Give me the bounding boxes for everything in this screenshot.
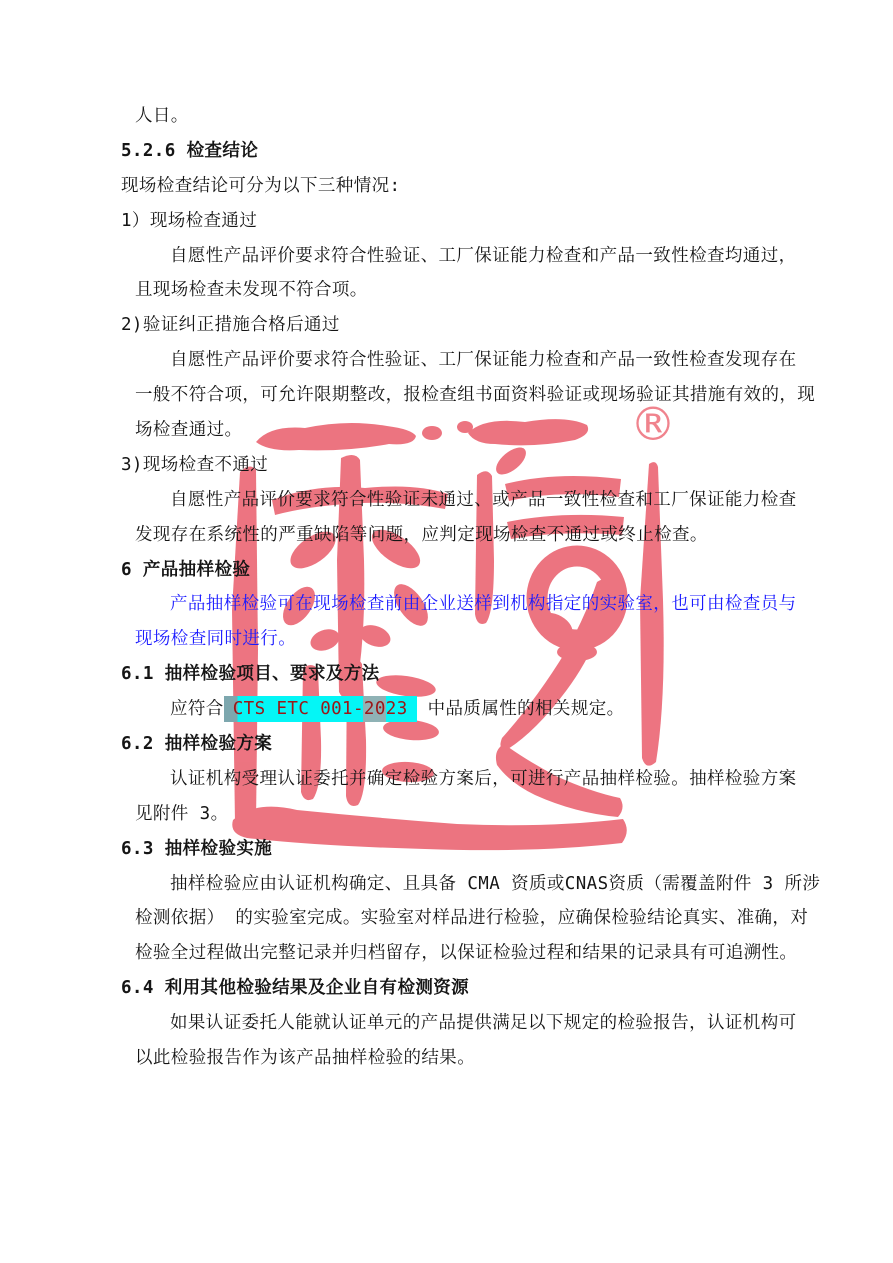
text-segment: 应符合 <box>170 699 224 719</box>
text-line: 发现存在系统性的严重缺陷等问题，应判定现场检查不通过或终止检查。 <box>0 518 893 553</box>
text-line: 场检查通过。 <box>0 413 893 448</box>
text-line: 抽样检验应由认证机构确定、且具备 CMA 资质或CNAS资质（需覆盖附件 3 所… <box>0 867 893 902</box>
text-line: 1）现场检查通过 <box>0 204 893 239</box>
text-line: 检测依据） 的实验室完成。实验室对样品进行检验，应确保检验结论真实、准确，对 <box>0 901 893 936</box>
text-line: 现场检查同时进行。 <box>0 622 893 657</box>
text-line: 应符合CTS ETC 001-2023 中品质属性的相关规定。 <box>0 692 893 727</box>
document-body: 人日。5.2.6 检查结论现场检查结论可分为以下三种情况:1）现场检查通过自愿性… <box>0 0 893 1263</box>
text-line: 现场检查结论可分为以下三种情况: <box>0 169 893 204</box>
text-line: 2)验证纠正措施合格后通过 <box>0 308 893 343</box>
highlighted-standard-code: CTS ETC 001-2023 <box>224 696 417 722</box>
text-line: 自愿性产品评价要求符合性验证未通过、或产品一致性检查和工厂保证能力检查 <box>0 483 893 518</box>
section-heading: 6.2 抽样检验方案 <box>0 727 893 762</box>
text-segment: 中品质属性的相关规定。 <box>417 699 625 719</box>
text-line: 3)现场检查不通过 <box>0 448 893 483</box>
text-line: 以此检验报告作为该产品抽样检验的结果。 <box>0 1041 893 1076</box>
text-line: 自愿性产品评价要求符合性验证、工厂保证能力检查和产品一致性检查均通过， <box>0 239 893 274</box>
text-line: 检验全过程做出完整记录并归档留存，以保证检验过程和结果的记录具有可追溯性。 <box>0 936 893 971</box>
section-heading: 6.3 抽样检验实施 <box>0 832 893 867</box>
section-heading: 5.2.6 检查结论 <box>0 134 893 169</box>
text-line: 如果认证委托人能就认证单元的产品提供满足以下规定的检验报告，认证机构可 <box>0 1006 893 1041</box>
document-page: { "page": {"width": 893, "height": 1263,… <box>0 0 893 1263</box>
text-line: 且现场检查未发现不符合项。 <box>0 273 893 308</box>
text-line: 自愿性产品评价要求符合性验证、工厂保证能力检查和产品一致性检查发现存在 <box>0 343 893 378</box>
text-line: 人日。 <box>0 99 893 134</box>
text-line: 认证机构受理认证委托并确定检验方案后，可进行产品抽样检验。抽样检验方案 <box>0 762 893 797</box>
section-heading: 6.4 利用其他检验结果及企业自有检测资源 <box>0 971 893 1006</box>
text-line: 一般不符合项，可允许限期整改，报检查组书面资料验证或现场验证其措施有效的，现 <box>0 378 893 413</box>
section-heading: 6.1 抽样检验项目、要求及方法 <box>0 657 893 692</box>
section-heading: 6 产品抽样检验 <box>0 553 893 588</box>
text-line: 产品抽样检验可在现场检查前由企业送样到机构指定的实验室，也可由检查员与 <box>0 587 893 622</box>
text-line: 见附件 3。 <box>0 797 893 832</box>
